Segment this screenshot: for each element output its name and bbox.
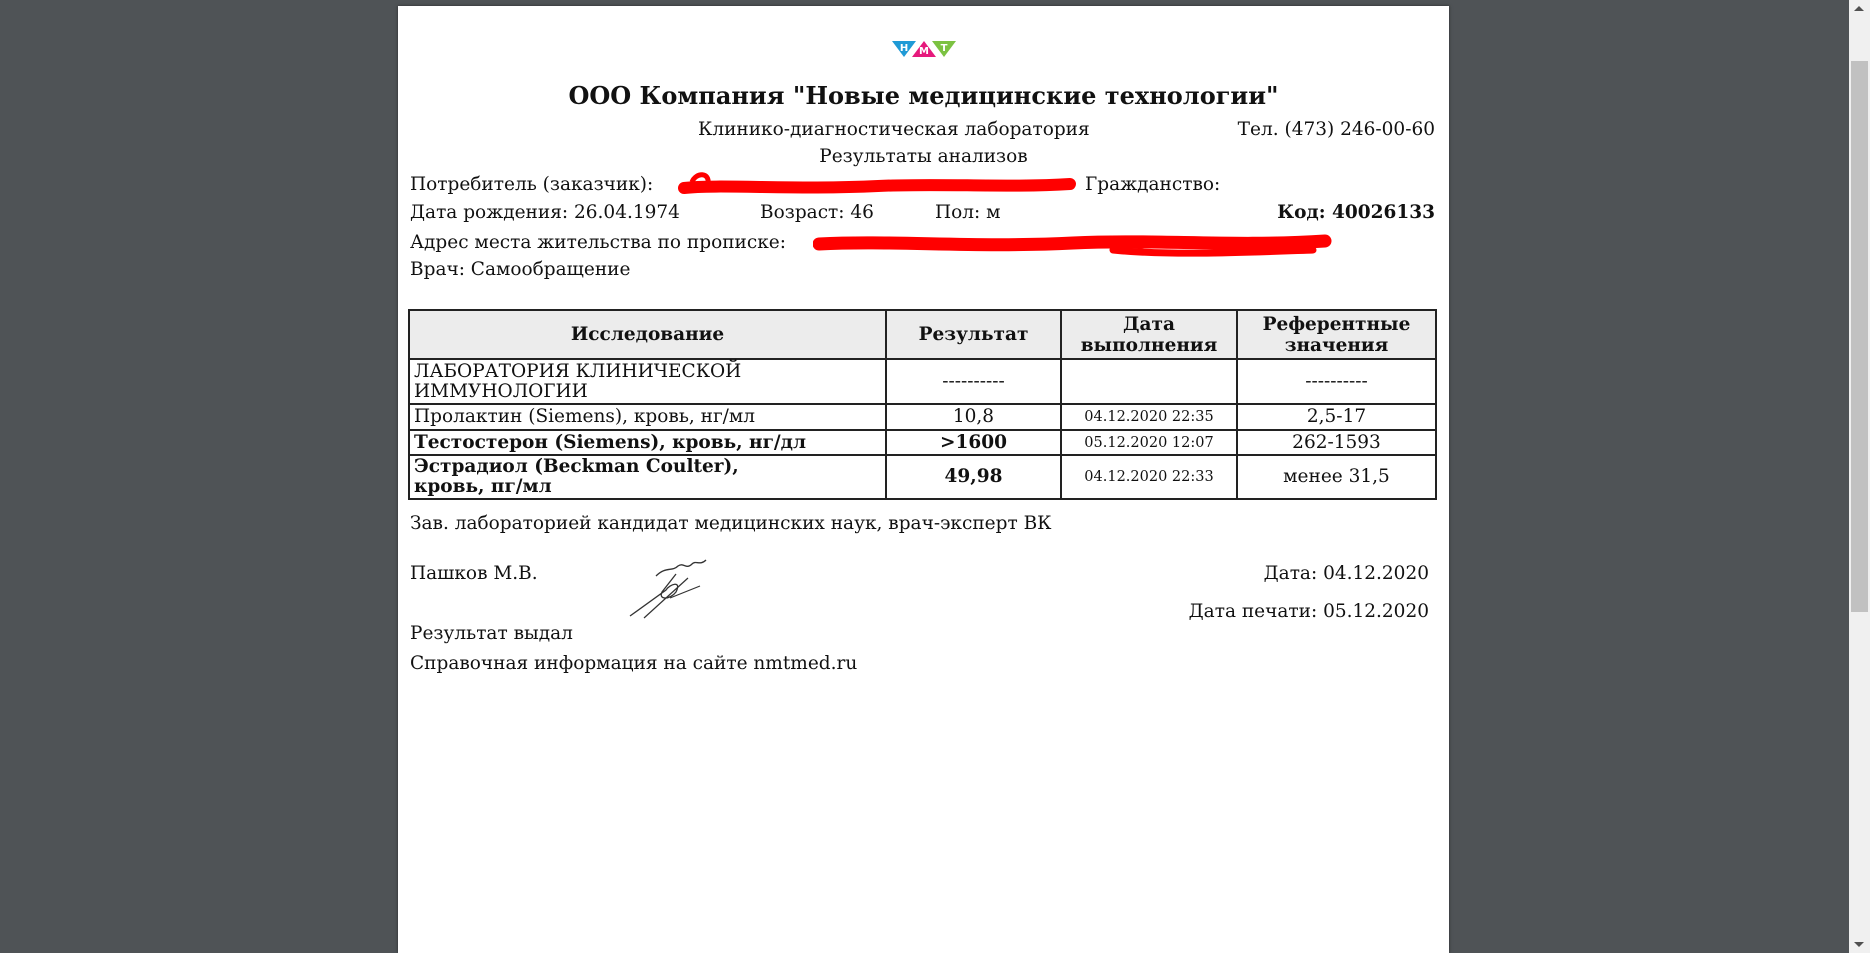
table-row: ЛАБОРАТОРИЯ КЛИНИЧЕСКОЙ ИММУНОЛОГИИ ----… (409, 359, 1436, 404)
svg-text:Т: Т (941, 43, 948, 54)
sex: Пол: м (935, 202, 1001, 224)
test-reference: 2,5-17 (1237, 404, 1436, 430)
column-header-test: Исследование (409, 310, 886, 359)
test-result: >1600 (886, 430, 1061, 455)
company-title: ООО Компания "Новые медицинские технолог… (398, 82, 1449, 110)
table-header-row: Исследование Результат Дата выполнения Р… (409, 310, 1436, 359)
lab-name: Клинико-диагностическая лаборатория (698, 119, 1090, 141)
table-row: Эстрадиол (Beckman Coulter), кровь, пг/м… (409, 455, 1436, 499)
test-date: 04.12.2020 22:35 (1061, 404, 1237, 430)
table-row: Тестостерон (Siemens), кровь, нг/дл >160… (409, 430, 1436, 455)
address-label: Адрес места жительства по прописке: (410, 232, 786, 254)
results-table: Исследование Результат Дата выполнения Р… (408, 309, 1437, 500)
test-reference: ---------- (1237, 359, 1436, 404)
sign-date: Дата: 04.12.2020 (1264, 563, 1429, 585)
head-of-lab: Зав. лабораторией кандидат медицинских н… (410, 513, 1052, 535)
document-page: Н М Т ООО Компания "Новые медицинские те… (398, 6, 1449, 953)
test-reference: 262-1593 (1237, 430, 1436, 455)
signature-icon (626, 554, 726, 622)
table-row: Пролактин (Siemens), кровь, нг/мл 10,8 0… (409, 404, 1436, 430)
signer-name: Пашков М.В. (410, 563, 538, 585)
age: Возраст: 46 (760, 202, 874, 224)
doctor: Врач: Самообращение (410, 259, 630, 281)
test-result: 49,98 (886, 455, 1061, 499)
test-date: 04.12.2020 22:33 (1061, 455, 1237, 499)
column-header-result: Результат (886, 310, 1061, 359)
test-result: 10,8 (886, 404, 1061, 430)
test-date: 05.12.2020 12:07 (1061, 430, 1237, 455)
scroll-up-arrow-icon[interactable] (1854, 6, 1864, 11)
issued-by: Результат выдал (410, 623, 573, 645)
birth-date: Дата рождения: 26.04.1974 (410, 202, 680, 224)
svg-text:М: М (919, 46, 929, 57)
phone-number: Тел. (473) 246-00-60 (1238, 119, 1435, 141)
column-header-date: Дата выполнения (1061, 310, 1237, 359)
test-name: Пролактин (Siemens), кровь, нг/мл (409, 404, 886, 430)
vertical-scrollbar[interactable] (1849, 0, 1870, 953)
test-name: Тестостерон (Siemens), кровь, нг/дл (409, 430, 886, 455)
test-date (1061, 359, 1237, 404)
test-result: ---------- (886, 359, 1061, 404)
nmt-logo-icon: Н М Т (892, 39, 956, 59)
scroll-down-arrow-icon[interactable] (1854, 942, 1864, 947)
test-reference: менее 31,5 (1237, 455, 1436, 499)
test-name: Эстрадиол (Beckman Coulter), кровь, пг/м… (409, 455, 886, 499)
document-title: Результаты анализов (398, 146, 1449, 168)
column-header-reference: Референтные значения (1237, 310, 1436, 359)
test-name: ЛАБОРАТОРИЯ КЛИНИЧЕСКОЙ ИММУНОЛОГИИ (409, 359, 886, 404)
svg-text:Н: Н (900, 43, 908, 54)
patient-code: Код: 40026133 (1277, 202, 1435, 224)
scrollbar-thumb[interactable] (1851, 61, 1868, 612)
redaction-mark-address (813, 228, 1333, 260)
redaction-mark-name (678, 170, 1078, 200)
info-website: Справочная информация на сайте nmtmed.ru (410, 653, 857, 675)
citizenship-label: Гражданство: (1085, 174, 1220, 196)
customer-label: Потребитель (заказчик): (410, 174, 653, 196)
print-date: Дата печати: 05.12.2020 (1189, 601, 1429, 623)
